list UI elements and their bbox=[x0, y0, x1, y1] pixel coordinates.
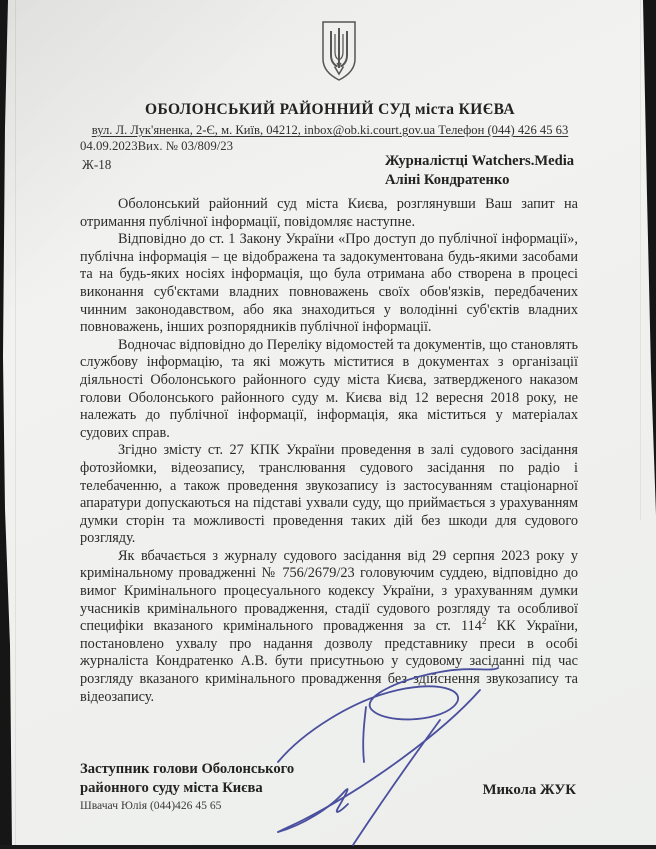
signer-position-line1: Заступник голови Оболонського bbox=[80, 760, 578, 779]
recipient-line1: Журналістці Watchers.Media bbox=[385, 152, 574, 171]
signature-stroke-drop bbox=[363, 707, 366, 762]
paragraph-2: Відповідно до ст. 1 Закону України «Про … bbox=[80, 231, 578, 337]
paragraph-5: Як вбачається з журналу судового засідан… bbox=[80, 548, 578, 706]
paragraph-3: Водночас відповідно до Переліку відомост… bbox=[80, 337, 578, 443]
case-code: Ж-18 bbox=[82, 157, 111, 173]
paragraph-1: Оболонський районний суд міста Києва, ро… bbox=[80, 196, 578, 231]
recipient-block: Журналістці Watchers.Media Аліні Кондрат… bbox=[385, 152, 574, 190]
recipient-line2: Аліні Кондратенко bbox=[385, 171, 574, 190]
signer-name: Микола ЖУК bbox=[483, 782, 576, 799]
court-address-line: вул. Л. Лук'яненка, 2-Є, м. Київ, 04212,… bbox=[60, 123, 600, 138]
scan-edge-right bbox=[640, 0, 656, 515]
ukraine-trident-emblem-icon bbox=[319, 20, 359, 82]
scan-edge-bottom bbox=[0, 845, 656, 849]
scan-edge-left bbox=[0, 0, 14, 849]
letter-body: Оболонський районний суд міста Києва, ро… bbox=[80, 196, 578, 706]
executor-contact: Швачач Юлія (044)426 45 65 bbox=[80, 799, 578, 812]
outgoing-number-line: 04.09.2023Вих. № 03/809/23 bbox=[80, 139, 233, 154]
court-name: ОБОЛОНСЬКИЙ РАЙОННИЙ СУД міста КИЄВА bbox=[80, 101, 580, 119]
paper-fold-line-left bbox=[15, 0, 16, 849]
paragraph-4: Згідно змісту ст. 27 КПК України проведе… bbox=[80, 442, 578, 548]
signature-block: Заступник голови Оболонського районного … bbox=[80, 760, 578, 812]
paper-fold-line-right bbox=[640, 0, 641, 520]
scanned-letter-page: ОБОЛОНСЬКИЙ РАЙОННИЙ СУД міста КИЄВА вул… bbox=[0, 0, 656, 849]
